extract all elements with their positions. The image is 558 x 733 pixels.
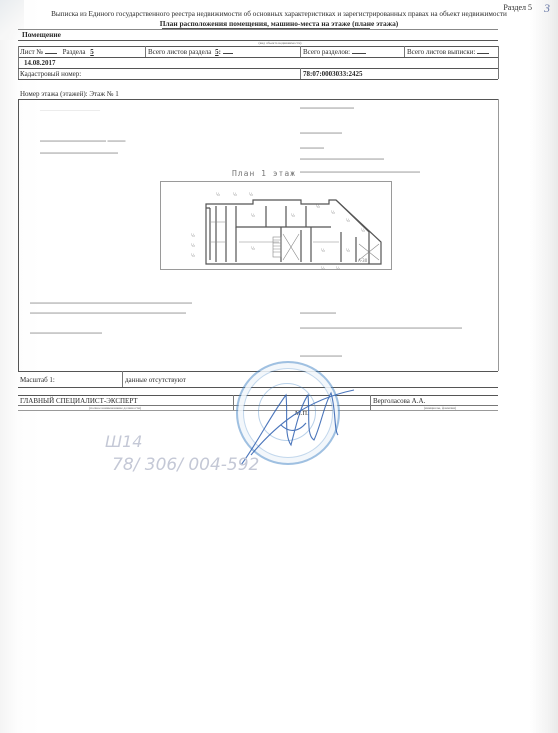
svg-text:½: ½ (336, 266, 340, 269)
bleed-through-text: ▬▬▬▬▬▬▬▬▬▬▬▬▬ (40, 150, 118, 156)
bleed-through-text: ▬▬▬▬▬▬ (300, 310, 336, 316)
svg-text:½: ½ (346, 248, 350, 253)
bleed-through-text: ▬▬▬▬▬▬▬▬▬▬▬ ▬▬▬ (40, 138, 126, 144)
svg-text:½: ½ (321, 248, 325, 253)
cadastral-label: Кадастровый номер: (20, 70, 81, 78)
svg-text:½: ½ (251, 213, 255, 218)
svg-text:½: ½ (321, 266, 325, 269)
extract-date: 14.08.2017 (24, 59, 56, 67)
scale-label: Масштаб 1: (20, 376, 55, 384)
document-subtitle: План расположения помещения, машино-мест… (0, 19, 558, 28)
svg-text:½: ½ (346, 218, 350, 223)
bleed-through-text: ▬▬▬▬▬▬▬▬▬ (300, 105, 354, 111)
section-number-label: Раздела (63, 48, 86, 56)
plan-box-right (498, 99, 499, 371)
bleed-through-text: ▬▬▬▬▬▬▬▬▬▬▬▬▬▬▬▬▬▬▬▬▬▬▬▬▬▬▬ (30, 300, 192, 306)
svg-text:½: ½ (216, 192, 220, 197)
handwritten-note-line-1: Ш14 (105, 432, 142, 451)
plan-title: План 1 этаж (232, 169, 296, 178)
svg-text:½: ½ (316, 204, 320, 209)
svg-text:½: ½ (251, 246, 255, 251)
table-border (145, 46, 146, 57)
table-border (122, 371, 123, 387)
total-sections-label: Всего разделов: (303, 48, 350, 56)
room-label: А-30 (358, 258, 368, 263)
divider (18, 29, 498, 30)
section-number-value: 5 (90, 48, 94, 56)
floor-value: Этаж № 1 (89, 90, 118, 98)
plan-box-left (18, 99, 19, 371)
table-border (300, 46, 301, 57)
table-line (18, 79, 498, 80)
svg-text:½: ½ (331, 210, 335, 215)
object-type-caption: (вид объекта недвижимости) (200, 41, 360, 45)
total-sections-cell: Всего разделов: (303, 48, 366, 56)
table-line (18, 46, 498, 47)
total-section-sheets-label: Всего листов раздела (148, 48, 211, 56)
total-extract-sheets-cell: Всего листов выписки: (407, 48, 489, 56)
bleed-through-text: ▬▬▬▬▬▬▬▬▬▬▬▬▬▬▬▬▬▬▬▬ (300, 169, 420, 175)
table-line (18, 68, 498, 69)
table-line (18, 57, 498, 58)
floor-number: Номер этажа (этажей): Этаж № 1 (20, 90, 119, 98)
bleed-through-text: ▬▬▬▬▬▬▬▬▬▬▬▬ (30, 330, 102, 336)
svg-text:½: ½ (361, 228, 365, 233)
object-type: Помещение (22, 30, 61, 39)
bleed-through-text: ▬▬▬▬▬▬▬ (300, 353, 342, 359)
table-border (233, 395, 234, 410)
document-title: Выписка из Единого государственного реес… (0, 10, 558, 18)
svg-text:½: ½ (291, 213, 295, 218)
cadastral-number: 78:07:0003033:2425 (303, 70, 363, 78)
blank-line (223, 53, 233, 54)
table-border (300, 68, 301, 79)
sheet-number-value (45, 53, 57, 54)
svg-text:½: ½ (249, 192, 253, 197)
plan-box-top (18, 99, 498, 100)
floor-plan-frame: ½½½ ½½½ ½½½ ½½½ ½½½ ½½ А-30 (160, 181, 392, 270)
floor-plan-drawing: ½½½ ½½½ ½½½ ½½½ ½½½ ½½ А-30 (161, 182, 391, 269)
bleed-through-text: ▬▬▬▬▬▬▬▬▬▬▬▬▬▬▬▬▬▬▬▬▬▬▬▬▬▬ (30, 310, 186, 316)
signer-name: Верголасова А.А. (373, 397, 425, 405)
svg-text:½: ½ (233, 192, 237, 197)
signer-position: ГЛАВНЫЙ СПЕЦИАЛИСТ-ЭКСПЕРТ (20, 397, 138, 405)
table-border (18, 46, 19, 79)
bleed-through-text: ▬▬▬▬▬▬▬▬▬▬▬▬▬▬▬▬▬▬▬▬▬▬▬▬▬▬▬ (300, 325, 462, 331)
bleed-through-text: ▬▬▬▬▬▬▬▬▬▬▬▬▬▬ (300, 156, 384, 162)
total-sections-value (352, 53, 366, 54)
svg-text:½: ½ (191, 233, 195, 238)
bleed-through-text: ▬▬▬▬ (300, 145, 324, 151)
table-border (404, 46, 405, 57)
handwritten-note-line-2: 78/ 306/ 004-592 (112, 455, 259, 475)
bleed-through-text: ▬▬▬▬▬▬▬ (300, 130, 342, 136)
total-section-sheets-cell: Всего листов раздела 5: (148, 48, 233, 56)
svg-text:½: ½ (191, 253, 195, 258)
scale-value: данные отсутствуют (125, 376, 186, 384)
floor-label: Номер этажа (этажей): (20, 90, 88, 98)
bleed-through-text: —————————— (40, 108, 100, 114)
sheet-number-label: Лист № (20, 48, 43, 56)
table-border (370, 395, 371, 410)
sheet-number-cell: Лист № Раздела 5 (20, 48, 94, 56)
total-extract-sheets-value (477, 53, 489, 54)
total-extract-sheets-label: Всего листов выписки: (407, 48, 475, 56)
svg-text:½: ½ (191, 243, 195, 248)
table-border (498, 46, 499, 79)
